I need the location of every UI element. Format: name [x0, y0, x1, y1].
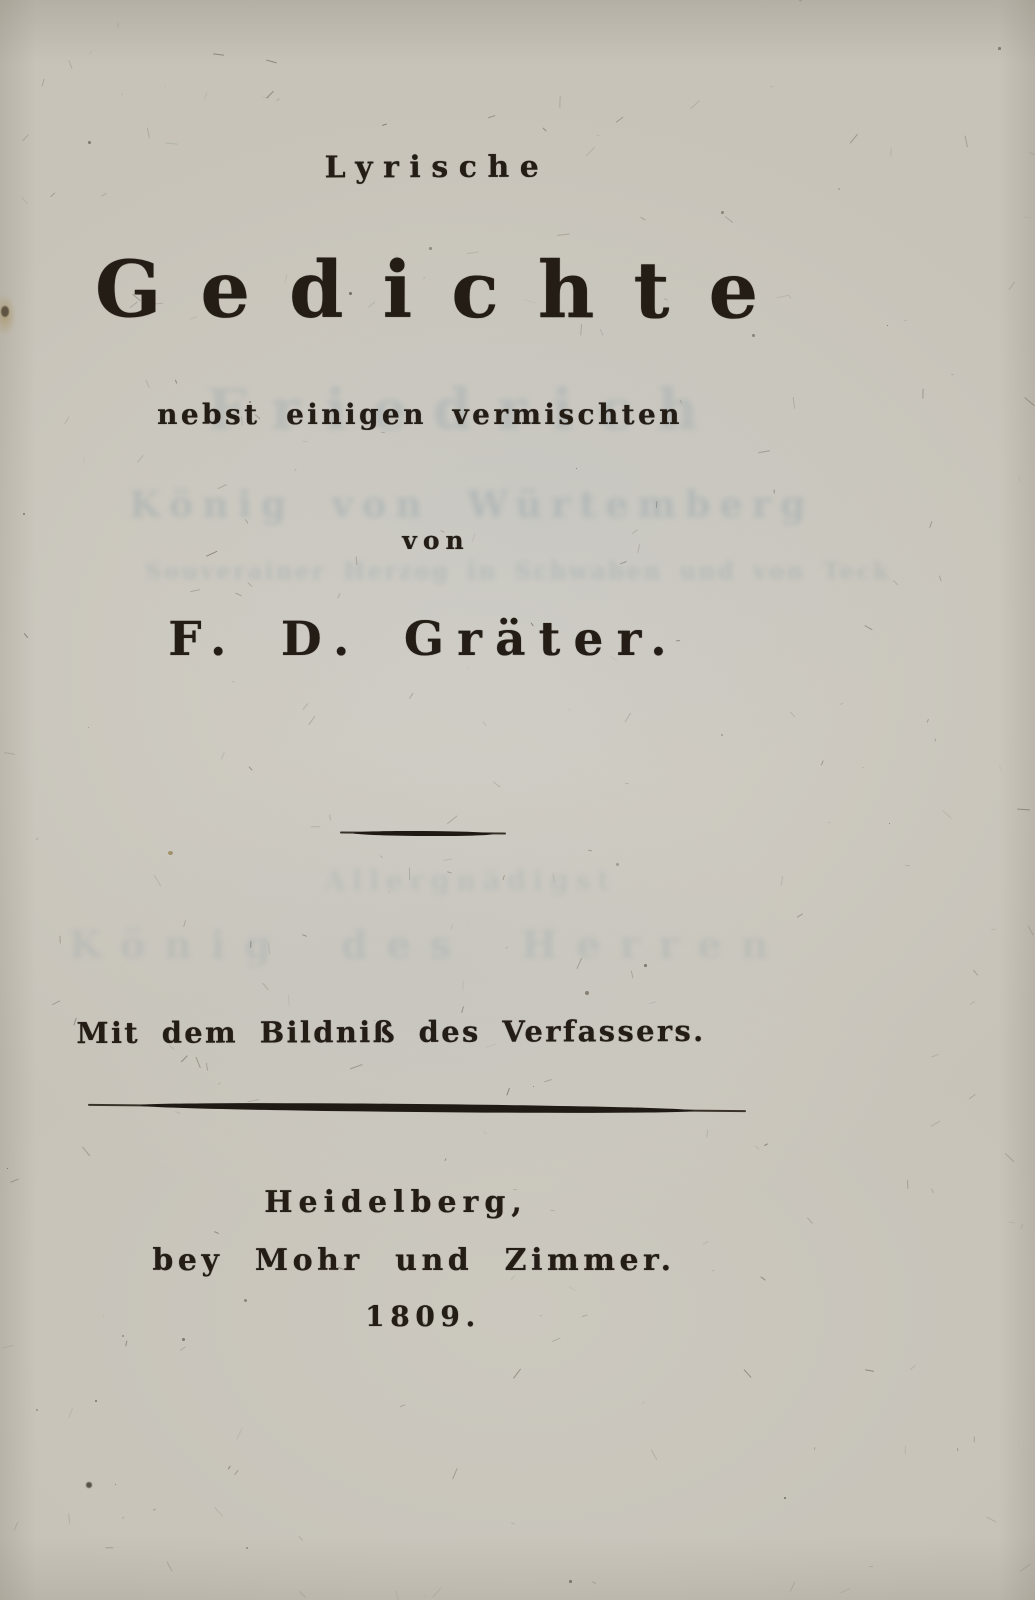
author-name: F. D. Gräter.	[4, 616, 844, 663]
paper-speck	[585, 991, 589, 995]
frontispiece-note: Mit dem Bildniß des Verfassers.	[0, 1017, 811, 1049]
bleed-through-line: Allergnädigst	[50, 867, 890, 895]
long-swelled-rule	[88, 1099, 746, 1117]
imprint-publisher: bey Mohr und Zimmer.	[0, 1246, 834, 1276]
bleed-through-line: König des Herren	[8, 926, 848, 964]
paper-speck	[168, 851, 173, 855]
paper-fibers-texture	[0, 0, 1035, 1600]
bleed-through-line: Souverainer Herzog in Schwaben und von T…	[98, 560, 938, 583]
book-title: Gedichte	[26, 251, 866, 330]
imprint-place: Heidelberg,	[0, 1188, 816, 1218]
paper-stain	[1, 306, 9, 317]
series-line: Lyrische	[17, 152, 857, 185]
short-swelled-rule	[340, 828, 506, 837]
book-title-page: Friedrich König von Würtemberg Souverain…	[0, 0, 1035, 1600]
subtitle: nebst einigen vermischten	[0, 401, 840, 429]
paper-stain	[0, 294, 16, 336]
imprint-year: 1809.	[3, 1303, 843, 1331]
byline-von: von	[16, 528, 856, 553]
bleed-through-line: König von Würtemberg	[52, 487, 892, 523]
ink-speck	[86, 1482, 92, 1488]
